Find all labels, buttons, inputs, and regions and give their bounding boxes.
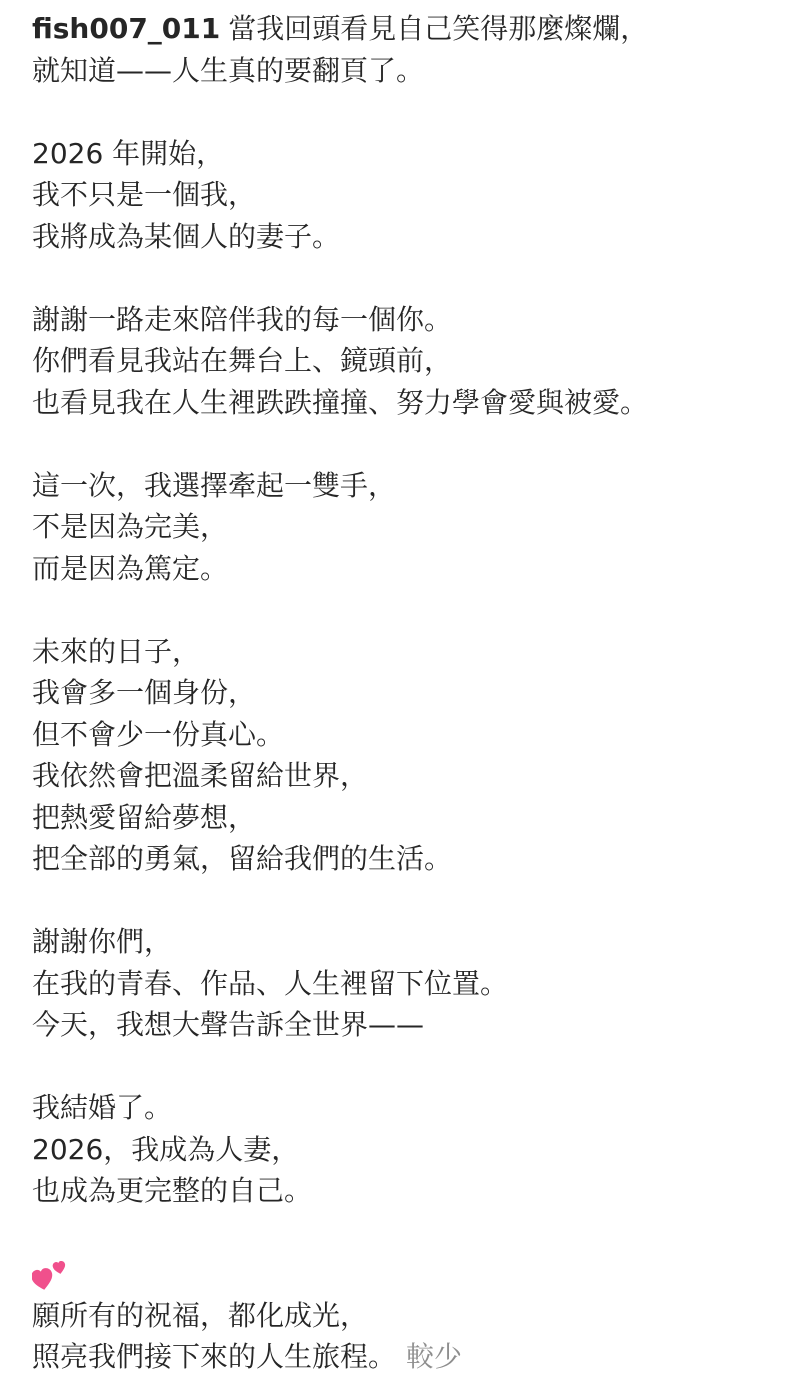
paragraph-gap	[32, 91, 792, 133]
paragraph-gap	[32, 589, 792, 631]
caption-line: fish007_011當我回頭看見自己笑得那麼燦爛，	[32, 8, 792, 50]
caption-line: 你們看見我站在舞台上、鏡頭前，	[32, 340, 792, 382]
caption-line: 我會多一個身份，	[32, 672, 792, 714]
paragraph-gap	[32, 257, 792, 299]
caption-line: 就知道——人生真的要翻頁了。	[32, 50, 792, 92]
caption-line: 謝謝一路走來陪伴我的每一個你。	[32, 299, 792, 341]
caption-line: 而是因為篤定。	[32, 548, 792, 590]
caption-line: 我不只是一個我，	[32, 174, 792, 216]
caption-text: 當我回頭看見自己笑得那麼燦爛，	[228, 12, 648, 45]
two-hearts-icon	[32, 1257, 68, 1293]
caption-line: 今天，我想大聲告訴全世界——	[32, 1004, 792, 1046]
caption-line: 也成為更完整的自己。	[32, 1170, 792, 1212]
paragraph-gap	[32, 423, 792, 465]
caption-line: 不是因為完美，	[32, 506, 792, 548]
caption-line: 這一次，我選擇牽起一雙手，	[32, 465, 792, 507]
caption-line: 照亮我們接下來的人生旅程。較少	[32, 1336, 792, 1378]
paragraph-gap	[32, 880, 792, 922]
paragraph-gap	[32, 1212, 792, 1254]
post-caption: fish007_011當我回頭看見自己笑得那麼燦爛， 就知道——人生真的要翻頁了…	[32, 8, 792, 1378]
caption-line: 也看見我在人生裡跌跌撞撞、努力學會愛與被愛。	[32, 382, 792, 424]
caption-line: 在我的青春、作品、人生裡留下位置。	[32, 963, 792, 1005]
username-link[interactable]: fish007_011	[32, 12, 220, 45]
caption-text: 照亮我們接下來的人生旅程。	[32, 1340, 396, 1373]
caption-line: 願所有的祝福，都化成光，	[32, 1295, 792, 1337]
caption-line: 把全部的勇氣，留給我們的生活。	[32, 838, 792, 880]
caption-line: 把熱愛留給夢想，	[32, 797, 792, 839]
caption-line: 我依然會把溫柔留給世界，	[32, 755, 792, 797]
caption-line: 未來的日子，	[32, 631, 792, 673]
caption-line: 我結婚了。	[32, 1087, 792, 1129]
caption-line: 2026，我成為人妻，	[32, 1129, 792, 1171]
caption-line: 但不會少一份真心。	[32, 714, 792, 756]
show-less-button[interactable]: 較少	[406, 1340, 462, 1373]
paragraph-gap	[32, 1046, 792, 1088]
caption-line: 2026 年開始，	[32, 133, 792, 175]
emoji-line	[32, 1253, 792, 1295]
caption-line: 謝謝你們，	[32, 921, 792, 963]
caption-line: 我將成為某個人的妻子。	[32, 216, 792, 258]
